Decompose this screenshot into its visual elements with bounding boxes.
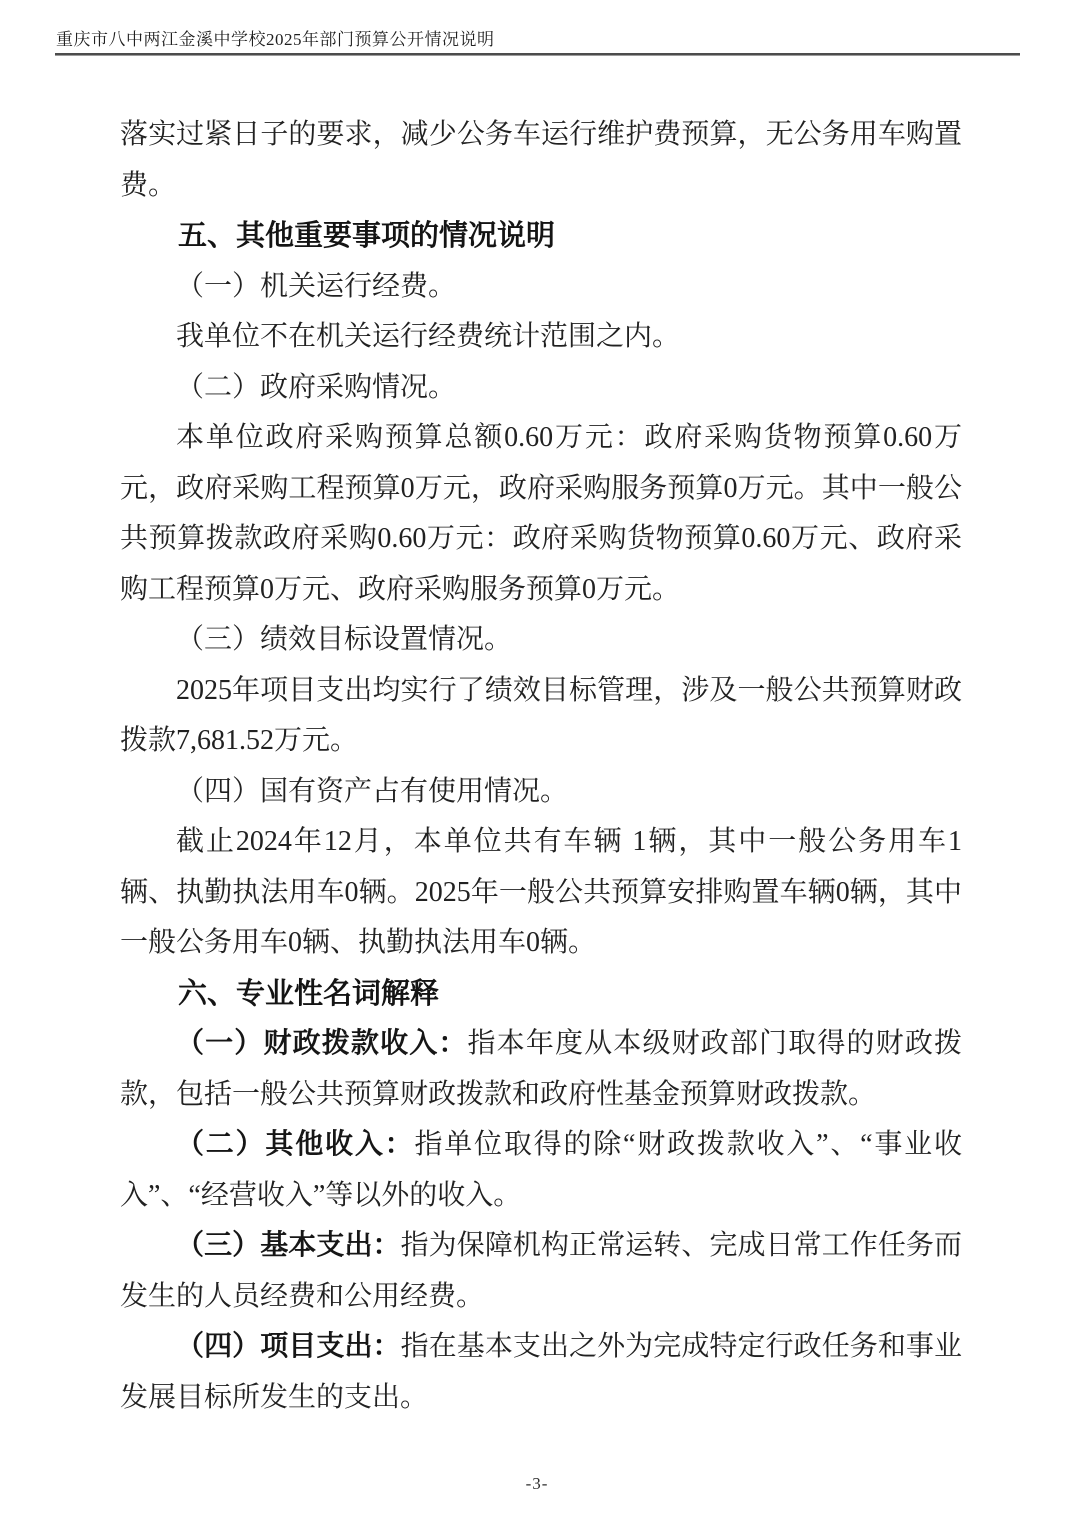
term-definition-1: （一）财政拨款收入：指本年度从本级财政部门取得的财政拨款，包括一般公共预算财政拨… (120, 1019, 962, 1120)
section-5-heading: 五、其他重要事项的情况说明 (120, 211, 962, 262)
section-5-item-2-heading: （二）政府采购情况。 (120, 363, 962, 414)
section-5-item-3-heading: （三）绩效目标设置情况。 (120, 615, 962, 666)
term-2-lead: （二）其他收入： (176, 1129, 414, 1160)
document-body: 落实过紧日子的要求，减少公务车运行维护费预算，无公务用车购置费。 五、其他重要事… (120, 110, 962, 1423)
paragraph-carryover: 落实过紧日子的要求，减少公务车运行维护费预算，无公务用车购置费。 (120, 110, 962, 211)
term-3-lead: （三）基本支出： (176, 1230, 401, 1261)
term-definition-3: （三）基本支出：指为保障机构正常运转、完成日常工作任务而发生的人员经费和公用经费… (120, 1221, 962, 1322)
header-rule-divider (55, 53, 1020, 56)
term-definition-2: （二）其他收入：指单位取得的除“财政拨款收入”、“事业收入”、“经营收入”等以外… (120, 1120, 962, 1221)
section-6-heading: 六、专业性名词解释 (120, 969, 962, 1020)
section-5-item-4-heading: （四）国有资产占有使用情况。 (120, 767, 962, 818)
section-5-item-2-body: 本单位政府采购预算总额0.60万元：政府采购货物预算0.60万元，政府采购工程预… (120, 413, 962, 615)
document-page: 重庆市八中两江金溪中学校2025年部门预算公开情况说明 落实过紧日子的要求，减少… (0, 0, 1074, 1520)
term-definition-4: （四）项目支出：指在基本支出之外为完成特定行政任务和事业发展目标所发生的支出。 (120, 1322, 962, 1423)
section-5-item-1-heading: （一）机关运行经费。 (120, 262, 962, 313)
section-5-item-3-body: 2025年项目支出均实行了绩效目标管理，涉及一般公共预算财政拨款7,681.52… (120, 666, 962, 767)
section-5-item-4-body: 截止2024年12月，本单位共有车辆 1辆，其中一般公务用车1辆、执勤执法用车0… (120, 817, 962, 969)
running-header-title: 重庆市八中两江金溪中学校2025年部门预算公开情况说明 (56, 30, 1020, 50)
term-4-lead: （四）项目支出： (176, 1331, 401, 1362)
section-5-item-1-body: 我单位不在机关运行经费统计范围之内。 (120, 312, 962, 363)
term-1-lead: （一）财政拨款收入： (176, 1028, 468, 1059)
page-number: -3- (0, 1474, 1074, 1494)
